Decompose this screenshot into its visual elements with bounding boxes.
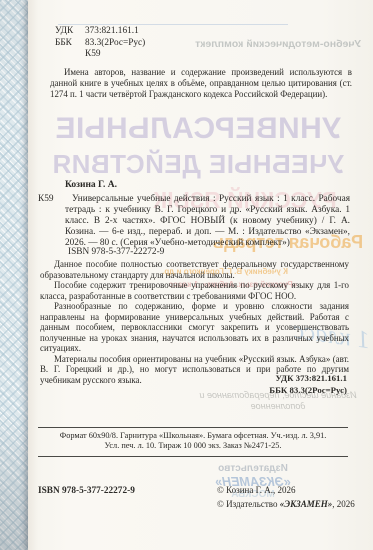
copyright-author: © Козина Г. А., 2026	[217, 484, 355, 498]
showthrough-title-line1: УНИВЕРСАЛЬНЫЕ	[42, 112, 354, 146]
annotation: Данное пособие полностью соответствует ф…	[40, 259, 349, 385]
showthrough-rule	[58, 24, 288, 25]
author-code: К59	[85, 49, 101, 59]
udk-value: 373:821.161.1	[85, 26, 139, 36]
imprint-line1: Формат 60х90/8. Гарнитура «Школьная». Бу…	[38, 431, 348, 441]
classification-block: УДК373:821.161.1 ББК83.3(2Рос=Рус) К59	[55, 26, 145, 61]
catalog-entry-text: Универсальные учебные действия : Русский…	[65, 194, 350, 249]
author-code-row: К59	[55, 49, 145, 61]
scanned-book-page: { "page": { "top_block": { "udk_label": …	[0, 0, 373, 550]
bbk-value: 83.3(2Рос=Рус)	[85, 38, 145, 48]
author-heading: Козина Г. А.	[65, 180, 117, 190]
udk-label: УДК	[55, 26, 85, 38]
imprint-line2: Усл. печ. л. 10. Тираж 10 000 экз. Заказ…	[38, 441, 348, 451]
catalog-code: К59	[38, 194, 54, 204]
cover-pattern-edge	[0, 0, 30, 550]
showthrough-series-title: Учебно-методический комплект	[148, 38, 373, 50]
book-imprint-page: Учебно-методический комплект УНИВЕРСАЛЬН…	[28, 0, 373, 550]
copyright-block: © Козина Г. А., 2026 © Издательство «ЭКЗ…	[217, 484, 355, 511]
copyright-publisher-name: «ЭКЗАМЕН»	[280, 499, 333, 509]
bbk-row: ББК83.3(2Рос=Рус)	[55, 38, 145, 50]
usage-notice: Имена авторов, название и содержание про…	[50, 67, 352, 99]
copyright-publisher-prefix: © Издательство	[217, 499, 280, 509]
udk-right: УДК 373:821.161.1	[269, 372, 347, 384]
imprint-block: Формат 60х90/8. Гарнитура «Школьная». Бу…	[38, 427, 348, 457]
copyright-publisher-suffix: , 2026	[332, 499, 355, 509]
showthrough-publisher-word: Издательство	[188, 463, 318, 474]
isbn-top: ISBN 978-5-377-22272-9	[68, 247, 164, 257]
bbk-label: ББК	[55, 38, 85, 50]
copyright-publisher: © Издательство «ЭКЗАМЕН», 2026	[217, 498, 355, 512]
bbk-right: ББК 83.3(2Рос=Рус)	[269, 384, 347, 396]
classification-right: УДК 373:821.161.1 ББК 83.3(2Рос=Рус)	[269, 372, 347, 396]
annotation-paragraph: Пособие содержит тренировочные упражнени…	[40, 280, 349, 301]
annotation-paragraph: Разнообразные по содержанию, форме и уро…	[40, 301, 349, 354]
udk-row: УДК373:821.161.1	[55, 26, 145, 38]
isbn-bottom: ISBN 978-5-377-22272-9	[38, 486, 135, 496]
showthrough-title-line2: УЧЕБНЫЕ ДЕЙСТВИЯ	[42, 149, 354, 180]
annotation-paragraph: Данное пособие полностью соответствует ф…	[40, 259, 349, 280]
